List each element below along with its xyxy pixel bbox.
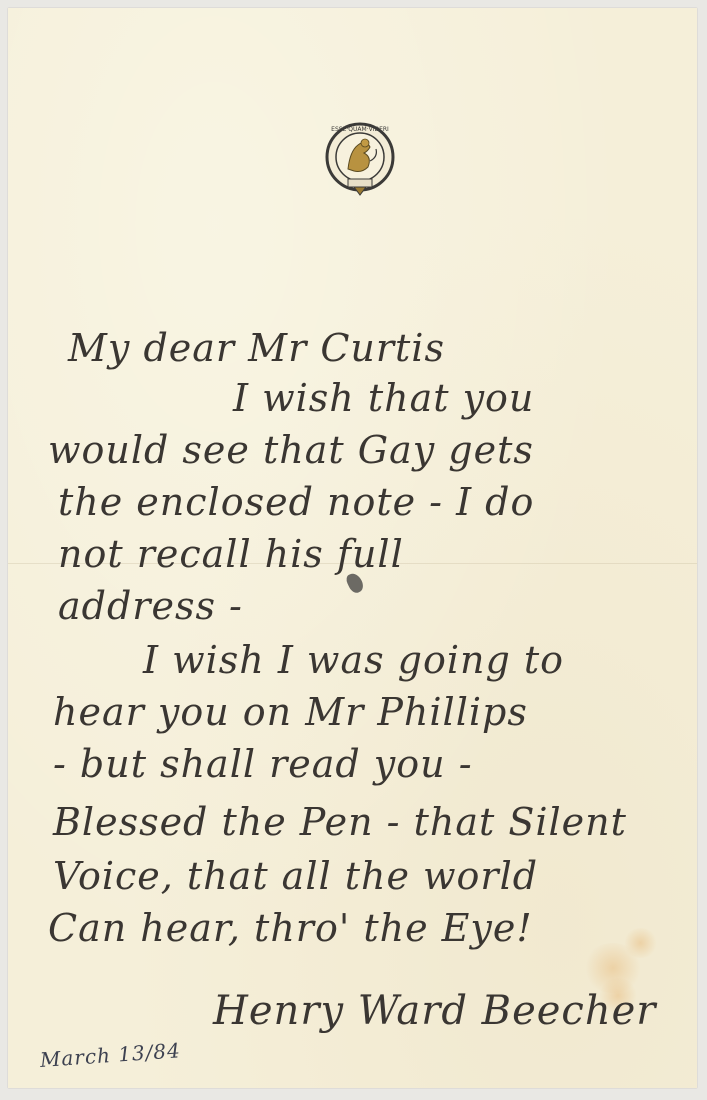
body-line: would see that Gay gets [48, 428, 534, 472]
body-line: address - [58, 584, 243, 628]
body-line: I wish that you [233, 376, 534, 420]
heraldic-crest-icon: ESSE·QUAM·VIDERI [318, 121, 402, 197]
body-line: - but shall read you - [53, 742, 473, 786]
body-line: Can hear, thro' the Eye! [48, 906, 533, 950]
body-line: I wish I was going to [143, 638, 564, 682]
body-line: Voice, that all the world [53, 854, 538, 898]
letter-paper: ESSE·QUAM·VIDERI My dear Mr Curtis I wis… [8, 8, 697, 1088]
body-line: hear you on Mr Phillips [53, 690, 528, 734]
body-line: the enclosed note - I do [58, 480, 534, 524]
paper-stain [623, 928, 658, 958]
body-line: not recall his full [58, 532, 404, 576]
salutation: My dear Mr Curtis [68, 326, 445, 370]
body-line: Blessed the Pen - that Silent [53, 800, 627, 844]
svg-text:ESSE·QUAM·VIDERI: ESSE·QUAM·VIDERI [331, 126, 389, 133]
date-annotation: March 13/84 [39, 1038, 181, 1072]
signature: Henry Ward Beecher [213, 988, 656, 1034]
